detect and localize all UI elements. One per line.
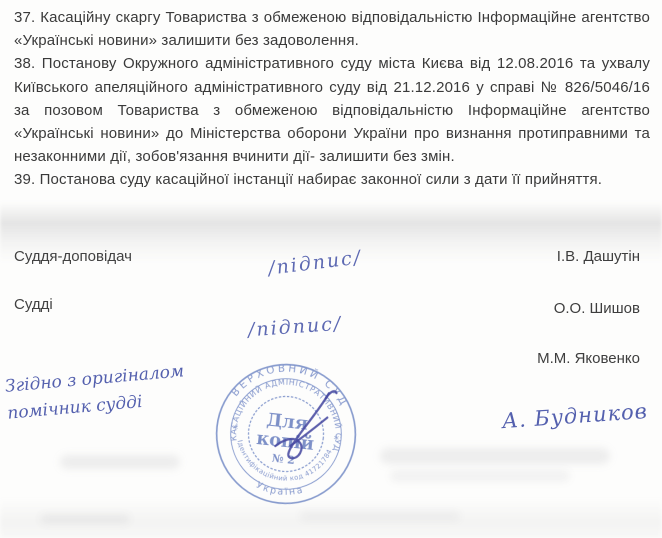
judges-label: Судді [14,296,53,313]
bleedthrough-artifact [60,455,180,469]
certification-note: Згідно з оригіналом помічник судді [4,358,188,427]
judge-name-yakovenko: М.М. Яковенко [537,350,640,367]
judge-name-dashutin: І.В. Дашутін [557,248,640,265]
scanned-court-document-page: 37. Касаційну скаргу Товариства з обмеже… [0,0,662,538]
judge-name-shyshov: О.О. Шишов [554,300,640,317]
bleedthrough-artifact [40,514,130,524]
bleedthrough-artifact [390,470,570,482]
handwritten-signature-mark-2: /підпис/ [247,313,343,342]
stamp-center-line3: № 2 [271,452,295,467]
court-stamp: ВЕРХОВНИЙ СУД Україна КАСАЦІЙНИЙ АДМІНІС… [203,351,370,516]
paragraph-38: 38. Постанову Окружного адміністративног… [14,52,650,168]
ruling-text-block: 37. Касаційну скаргу Товариства з обмеже… [14,6,650,192]
judge-rapporteur-label: Суддя-доповідач [14,248,132,265]
assistant-signature: А. Будников [501,399,648,433]
paragraph-39: 39. Постанова суду касаційної інстанції … [14,168,650,191]
paragraph-37: 37. Касаційну скаргу Товариства з обмеже… [14,6,650,52]
stamp-ring-text-bottom: Україна [254,479,307,500]
bleedthrough-artifact [380,448,610,464]
